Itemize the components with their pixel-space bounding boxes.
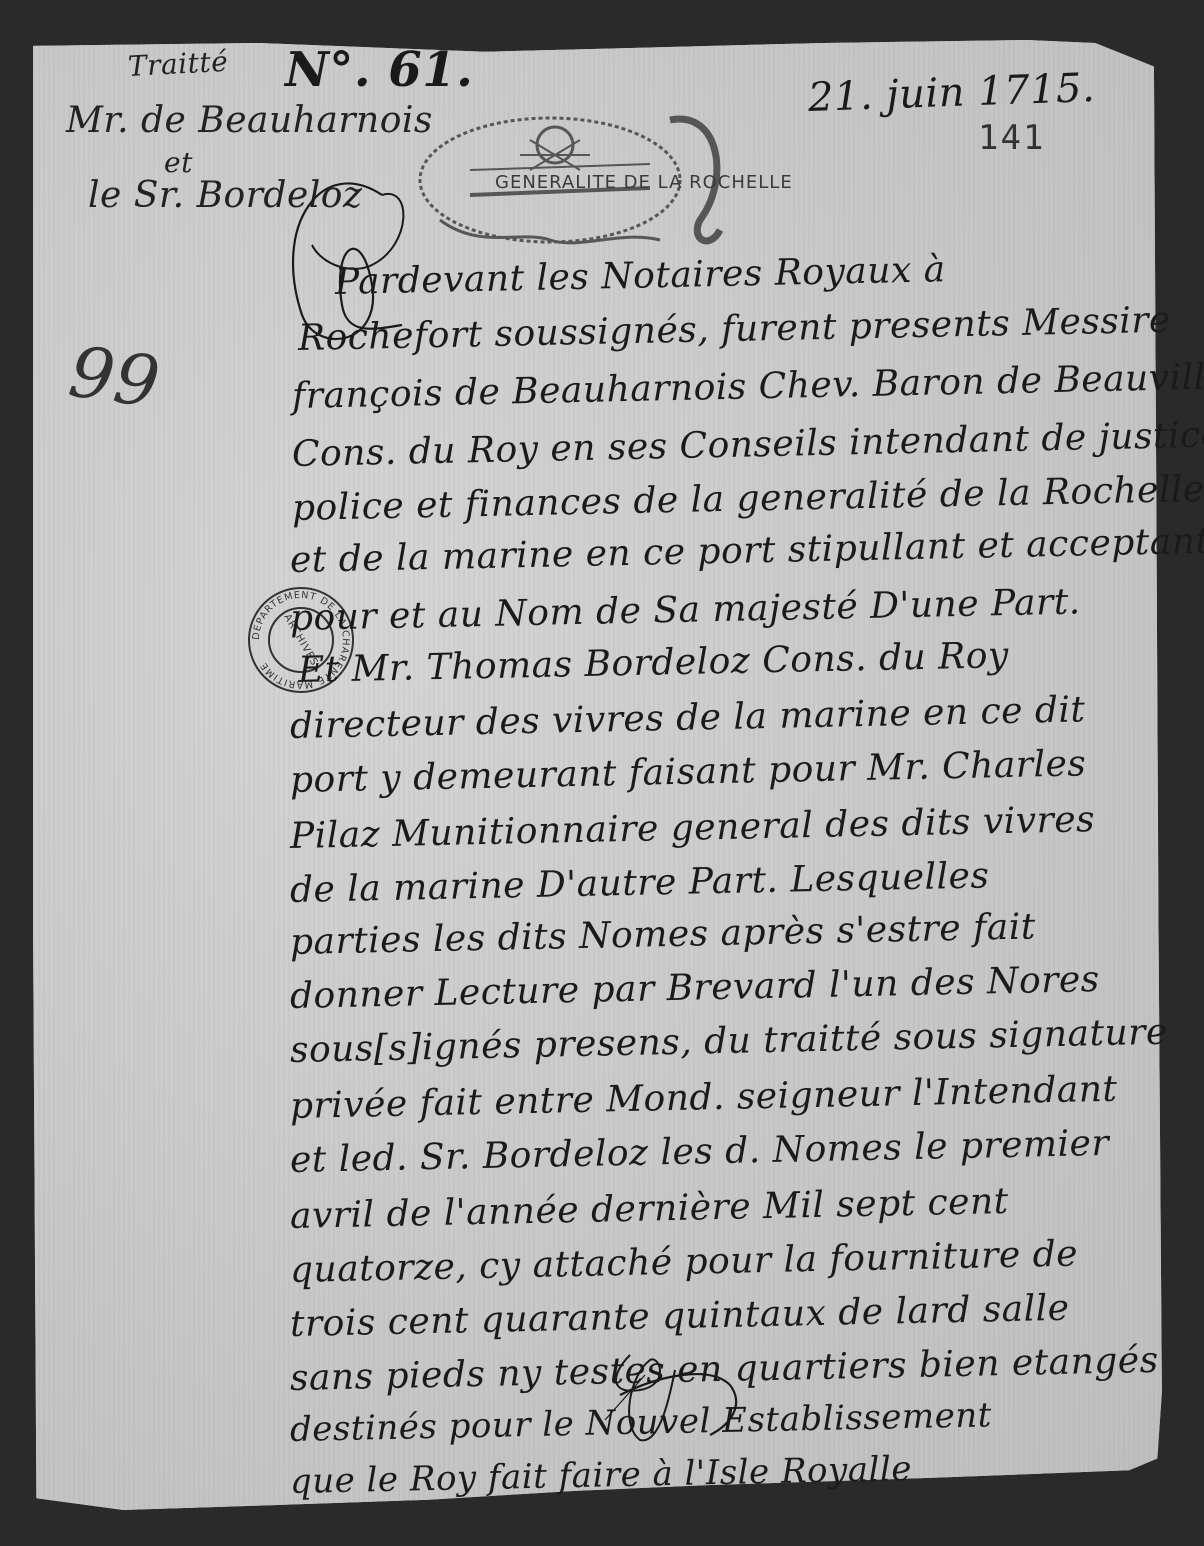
margin-side-mark: 99 xyxy=(64,330,165,424)
tax-stamp-icon: GENERALITE DE LA ROCHELLE xyxy=(400,100,740,260)
act-number: N°. 61. xyxy=(285,42,473,98)
margin-title-line-2: Mr. de Beauharnois xyxy=(66,100,433,141)
margin-title-line-1: Traitté xyxy=(127,45,229,83)
tax-stamp-text: GENERALITE DE LA ROCHELLE xyxy=(495,172,793,193)
folio-number: 141 xyxy=(978,118,1045,158)
signature-flourish-icon xyxy=(600,1345,760,1445)
